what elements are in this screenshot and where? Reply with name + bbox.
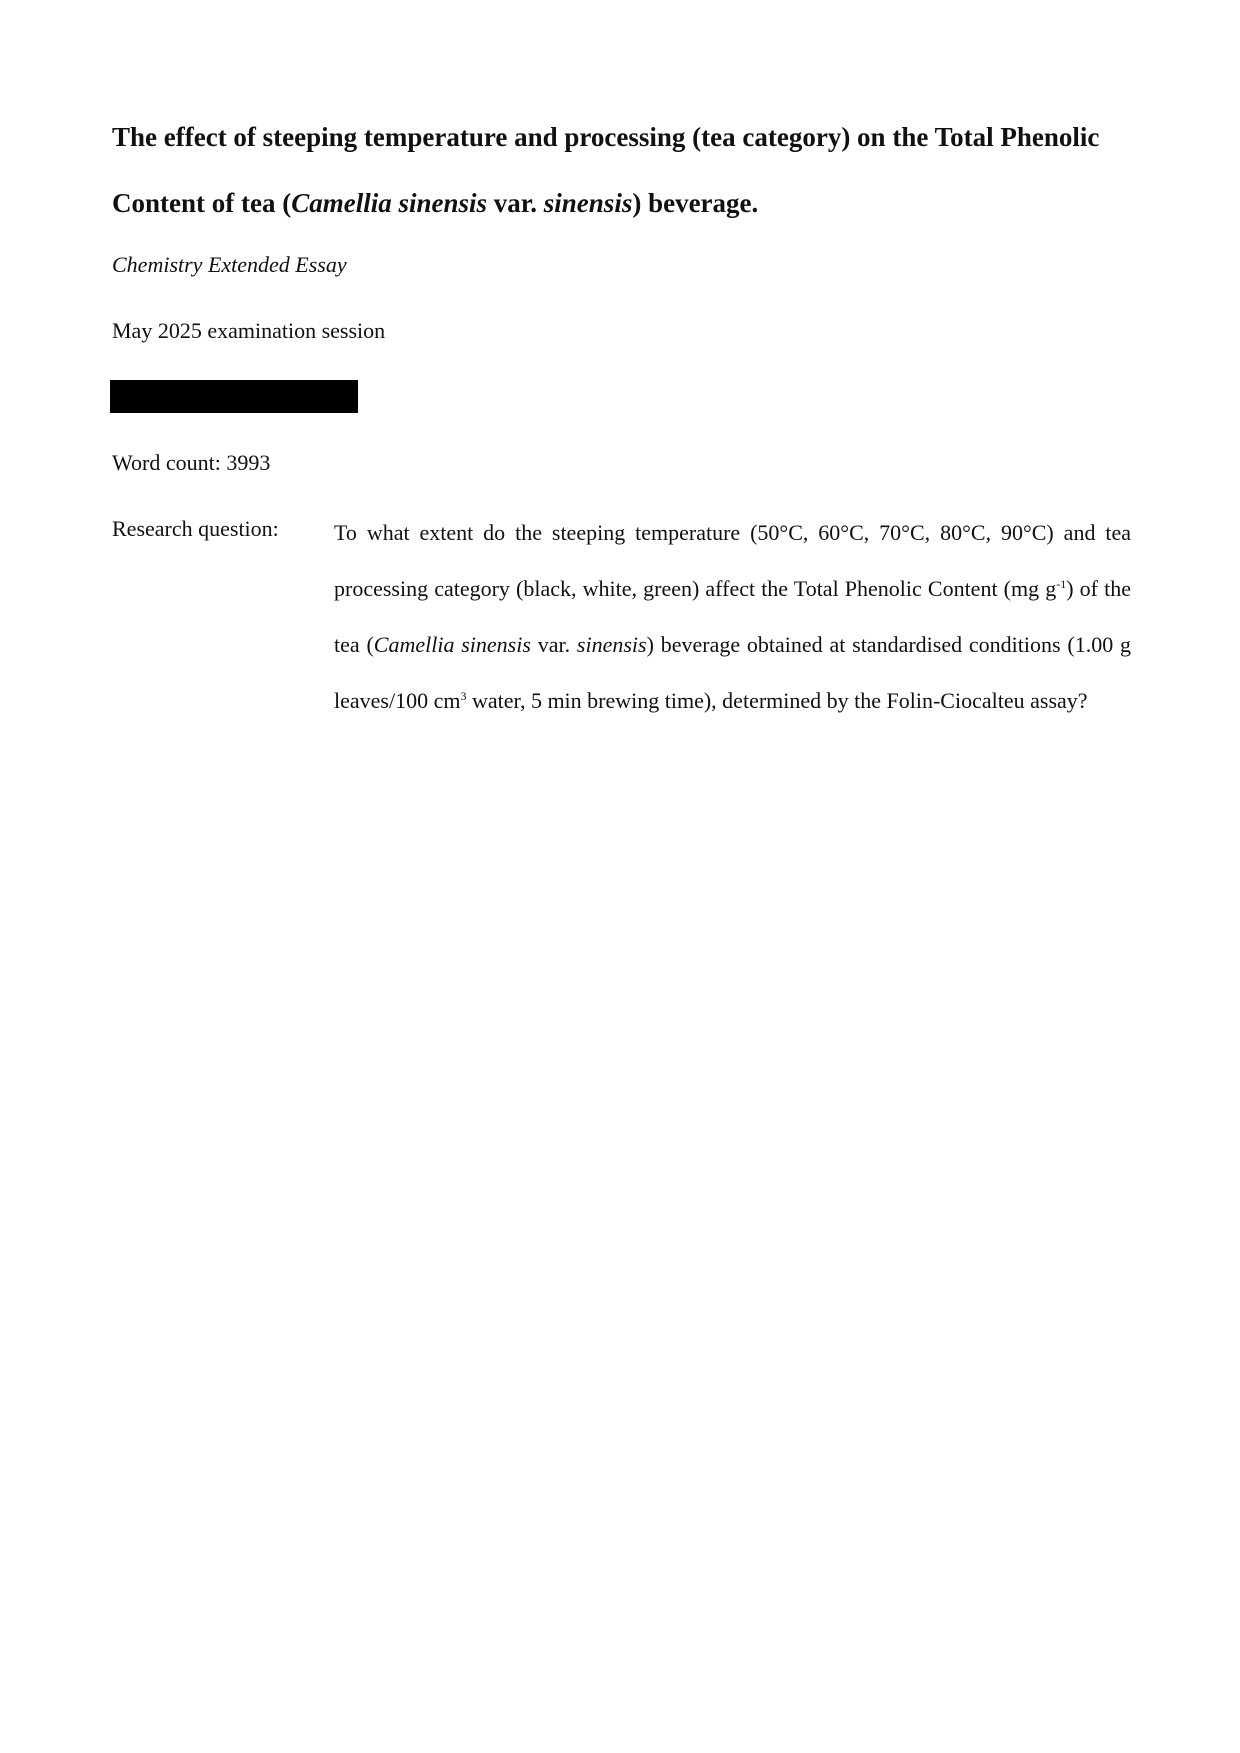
rq-species: Camellia sinensis (374, 632, 531, 657)
essay-title: The effect of steeping temperature and p… (112, 104, 1132, 236)
word-count: Word count: 3993 (112, 450, 270, 476)
rq-variety: sinensis (577, 632, 647, 657)
rq-segment: To what extent do the steeping temperatu… (334, 520, 1131, 601)
exam-session: May 2025 examination session (112, 318, 385, 344)
rq-superscript: -1 (1056, 577, 1066, 591)
research-question-label: Research question: (112, 516, 279, 542)
rq-var: var. (531, 632, 577, 657)
rq-segment: water, 5 min brewing time), determined b… (466, 688, 1087, 713)
title-var: var. (487, 188, 544, 218)
title-variety: sinensis (544, 188, 633, 218)
essay-subject: Chemistry Extended Essay (112, 252, 347, 278)
document-page: The effect of steeping temperature and p… (0, 0, 1240, 1753)
redacted-candidate-code (110, 380, 358, 413)
research-question-text: To what extent do the steeping temperatu… (334, 505, 1131, 729)
title-species: Camellia sinensis (291, 188, 487, 218)
title-end: ) beverage. (632, 188, 758, 218)
